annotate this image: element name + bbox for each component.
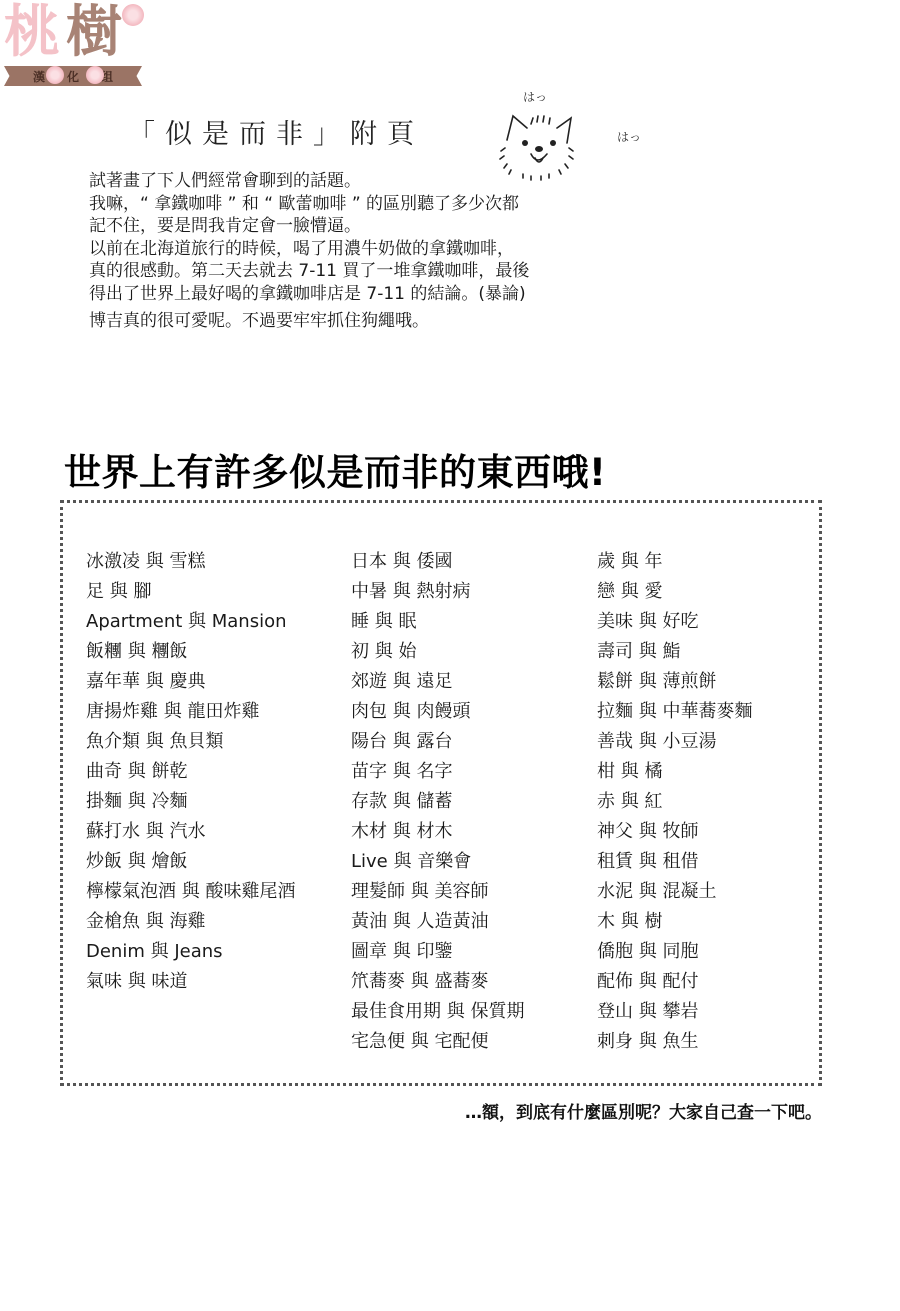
dog-face-icon bbox=[495, 88, 645, 183]
logo-char-peach: 桃 bbox=[4, 2, 56, 64]
list-item: 理髮師 與 美容師 bbox=[351, 877, 524, 907]
list-item: 嘉年華 與 慶典 bbox=[86, 667, 295, 697]
intro-line: 博吉真的很可愛呢。不過要牢牢抓住狗繩哦。 bbox=[89, 310, 629, 333]
logo-char-tree: 樹 bbox=[66, 2, 118, 64]
intro-line: 記不住，要是問我肯定會一臉懵逼。 bbox=[89, 215, 629, 238]
list-item: 郊遊 與 遠足 bbox=[351, 667, 524, 697]
page-subtitle: 「似是而非」附頁 bbox=[128, 112, 424, 151]
list-item: 租賃 與 租借 bbox=[597, 847, 752, 877]
intro-line: 以前在北海道旅行的時候，喝了用濃牛奶做的拿鐵咖啡， bbox=[89, 238, 629, 261]
list-item: 蘇打水 與 汽水 bbox=[86, 817, 295, 847]
list-column-2: 日本 與 倭國 中暑 與 熱射病 睡 與 眠 初 與 始 郊遊 與 遠足 肉包 … bbox=[351, 547, 524, 1057]
list-item: 赤 與 紅 bbox=[597, 787, 752, 817]
list-item: 魚介類 與 魚貝類 bbox=[86, 727, 295, 757]
list-item: 睡 與 眠 bbox=[351, 607, 524, 637]
list-item: 中暑 與 熱射病 bbox=[351, 577, 524, 607]
list-item: 陽台 與 露台 bbox=[351, 727, 524, 757]
list-item: 僑胞 與 同胞 bbox=[597, 937, 752, 967]
list-item: 宅急便 與 宅配便 bbox=[351, 1027, 524, 1057]
ribbon-char: 漢 bbox=[33, 68, 45, 85]
logo-ribbon: 漢 化 组 bbox=[4, 66, 142, 86]
section-title: 世界上有許多似是而非的東西哦! bbox=[64, 442, 606, 496]
intro-line: 得出了世界上最好喝的拿鐵咖啡店是 7-11 的結論。(暴論) bbox=[89, 283, 629, 306]
list-item: 拉麵 與 中華蕎麥麵 bbox=[597, 697, 752, 727]
list-item: 炒飯 與 燴飯 bbox=[86, 847, 295, 877]
intro-line: 試著畫了下人們經常會聊到的話題。 bbox=[89, 170, 629, 193]
list-item: 冰激凌 與 雪糕 bbox=[86, 547, 295, 577]
list-item: 黃油 與 人造黃油 bbox=[351, 907, 524, 937]
list-item: 存款 與 儲蓄 bbox=[351, 787, 524, 817]
intro-line: 真的很感動。第二天去就去 7-11 買了一堆拿鐵咖啡，最後 bbox=[89, 260, 629, 283]
list-item: 柑 與 橘 bbox=[597, 757, 752, 787]
list-item: Apartment 與 Mansion bbox=[86, 607, 295, 637]
list-item: 氣味 與 味道 bbox=[86, 967, 295, 997]
list-item: 日本 與 倭國 bbox=[351, 547, 524, 577]
list-item: 神父 與 牧師 bbox=[597, 817, 752, 847]
comparison-list-box: 冰激凌 與 雪糕 足 與 腳 Apartment 與 Mansion 飯糰 與 … bbox=[60, 500, 822, 1086]
footer-note: …額，到底有什麼區別呢？大家自己查一下吧。 bbox=[465, 1098, 822, 1123]
list-item: 水泥 與 混凝土 bbox=[597, 877, 752, 907]
list-item: 苗字 與 名字 bbox=[351, 757, 524, 787]
list-item: 木 與 樹 bbox=[597, 907, 752, 937]
list-item: 初 與 始 bbox=[351, 637, 524, 667]
list-item: 登山 與 攀岩 bbox=[597, 997, 752, 1027]
list-item: 笊蕎麥 與 盛蕎麥 bbox=[351, 967, 524, 997]
ribbon-char: 化 bbox=[67, 68, 79, 85]
list-item: 美味 與 好吃 bbox=[597, 607, 752, 637]
cherry-blossom-icon bbox=[122, 4, 144, 26]
list-column-3: 歲 與 年 戀 與 愛 美味 與 好吃 壽司 與 鮨 鬆餅 與 薄煎餅 拉麵 與… bbox=[597, 547, 752, 1057]
list-item: 肉包 與 肉饅頭 bbox=[351, 697, 524, 727]
cherry-blossom-icon bbox=[86, 66, 104, 84]
list-item: 掛麵 與 冷麵 bbox=[86, 787, 295, 817]
list-item: Live 與 音樂會 bbox=[351, 847, 524, 877]
intro-line: 我嘛，“ 拿鐵咖啡 ” 和 “ 歐蕾咖啡 ” 的區別聽了多少次都 bbox=[89, 193, 629, 216]
list-item: 歲 與 年 bbox=[597, 547, 752, 577]
list-item: 刺身 與 魚生 bbox=[597, 1027, 752, 1057]
list-item: 戀 與 愛 bbox=[597, 577, 752, 607]
dog-doodle-icon: はっ はっ bbox=[495, 88, 645, 183]
list-item: 圖章 與 印鑒 bbox=[351, 937, 524, 967]
scanlation-logo: 桃 樹 漢 化 组 bbox=[2, 0, 147, 90]
list-column-1: 冰激凌 與 雪糕 足 與 腳 Apartment 與 Mansion 飯糰 與 … bbox=[86, 547, 295, 997]
list-item: 鬆餅 與 薄煎餅 bbox=[597, 667, 752, 697]
cherry-blossom-icon bbox=[46, 66, 64, 84]
list-item: Denim 與 Jeans bbox=[86, 937, 295, 967]
intro-paragraph: 試著畫了下人們經常會聊到的話題。 我嘛，“ 拿鐵咖啡 ” 和 “ 歐蕾咖啡 ” … bbox=[89, 170, 629, 333]
list-item: 善哉 與 小豆湯 bbox=[597, 727, 752, 757]
list-item: 配佈 與 配付 bbox=[597, 967, 752, 997]
list-item: 最佳食用期 與 保質期 bbox=[351, 997, 524, 1027]
list-item: 足 與 腳 bbox=[86, 577, 295, 607]
list-item: 木材 與 材木 bbox=[351, 817, 524, 847]
list-item: 壽司 與 鮨 bbox=[597, 637, 752, 667]
list-item: 飯糰 與 糰飯 bbox=[86, 637, 295, 667]
list-item: 唐揚炸雞 與 龍田炸雞 bbox=[86, 697, 295, 727]
list-item: 曲奇 與 餅乾 bbox=[86, 757, 295, 787]
list-item: 金槍魚 與 海雞 bbox=[86, 907, 295, 937]
list-item: 檸檬氣泡酒 與 酸味雞尾酒 bbox=[86, 877, 295, 907]
